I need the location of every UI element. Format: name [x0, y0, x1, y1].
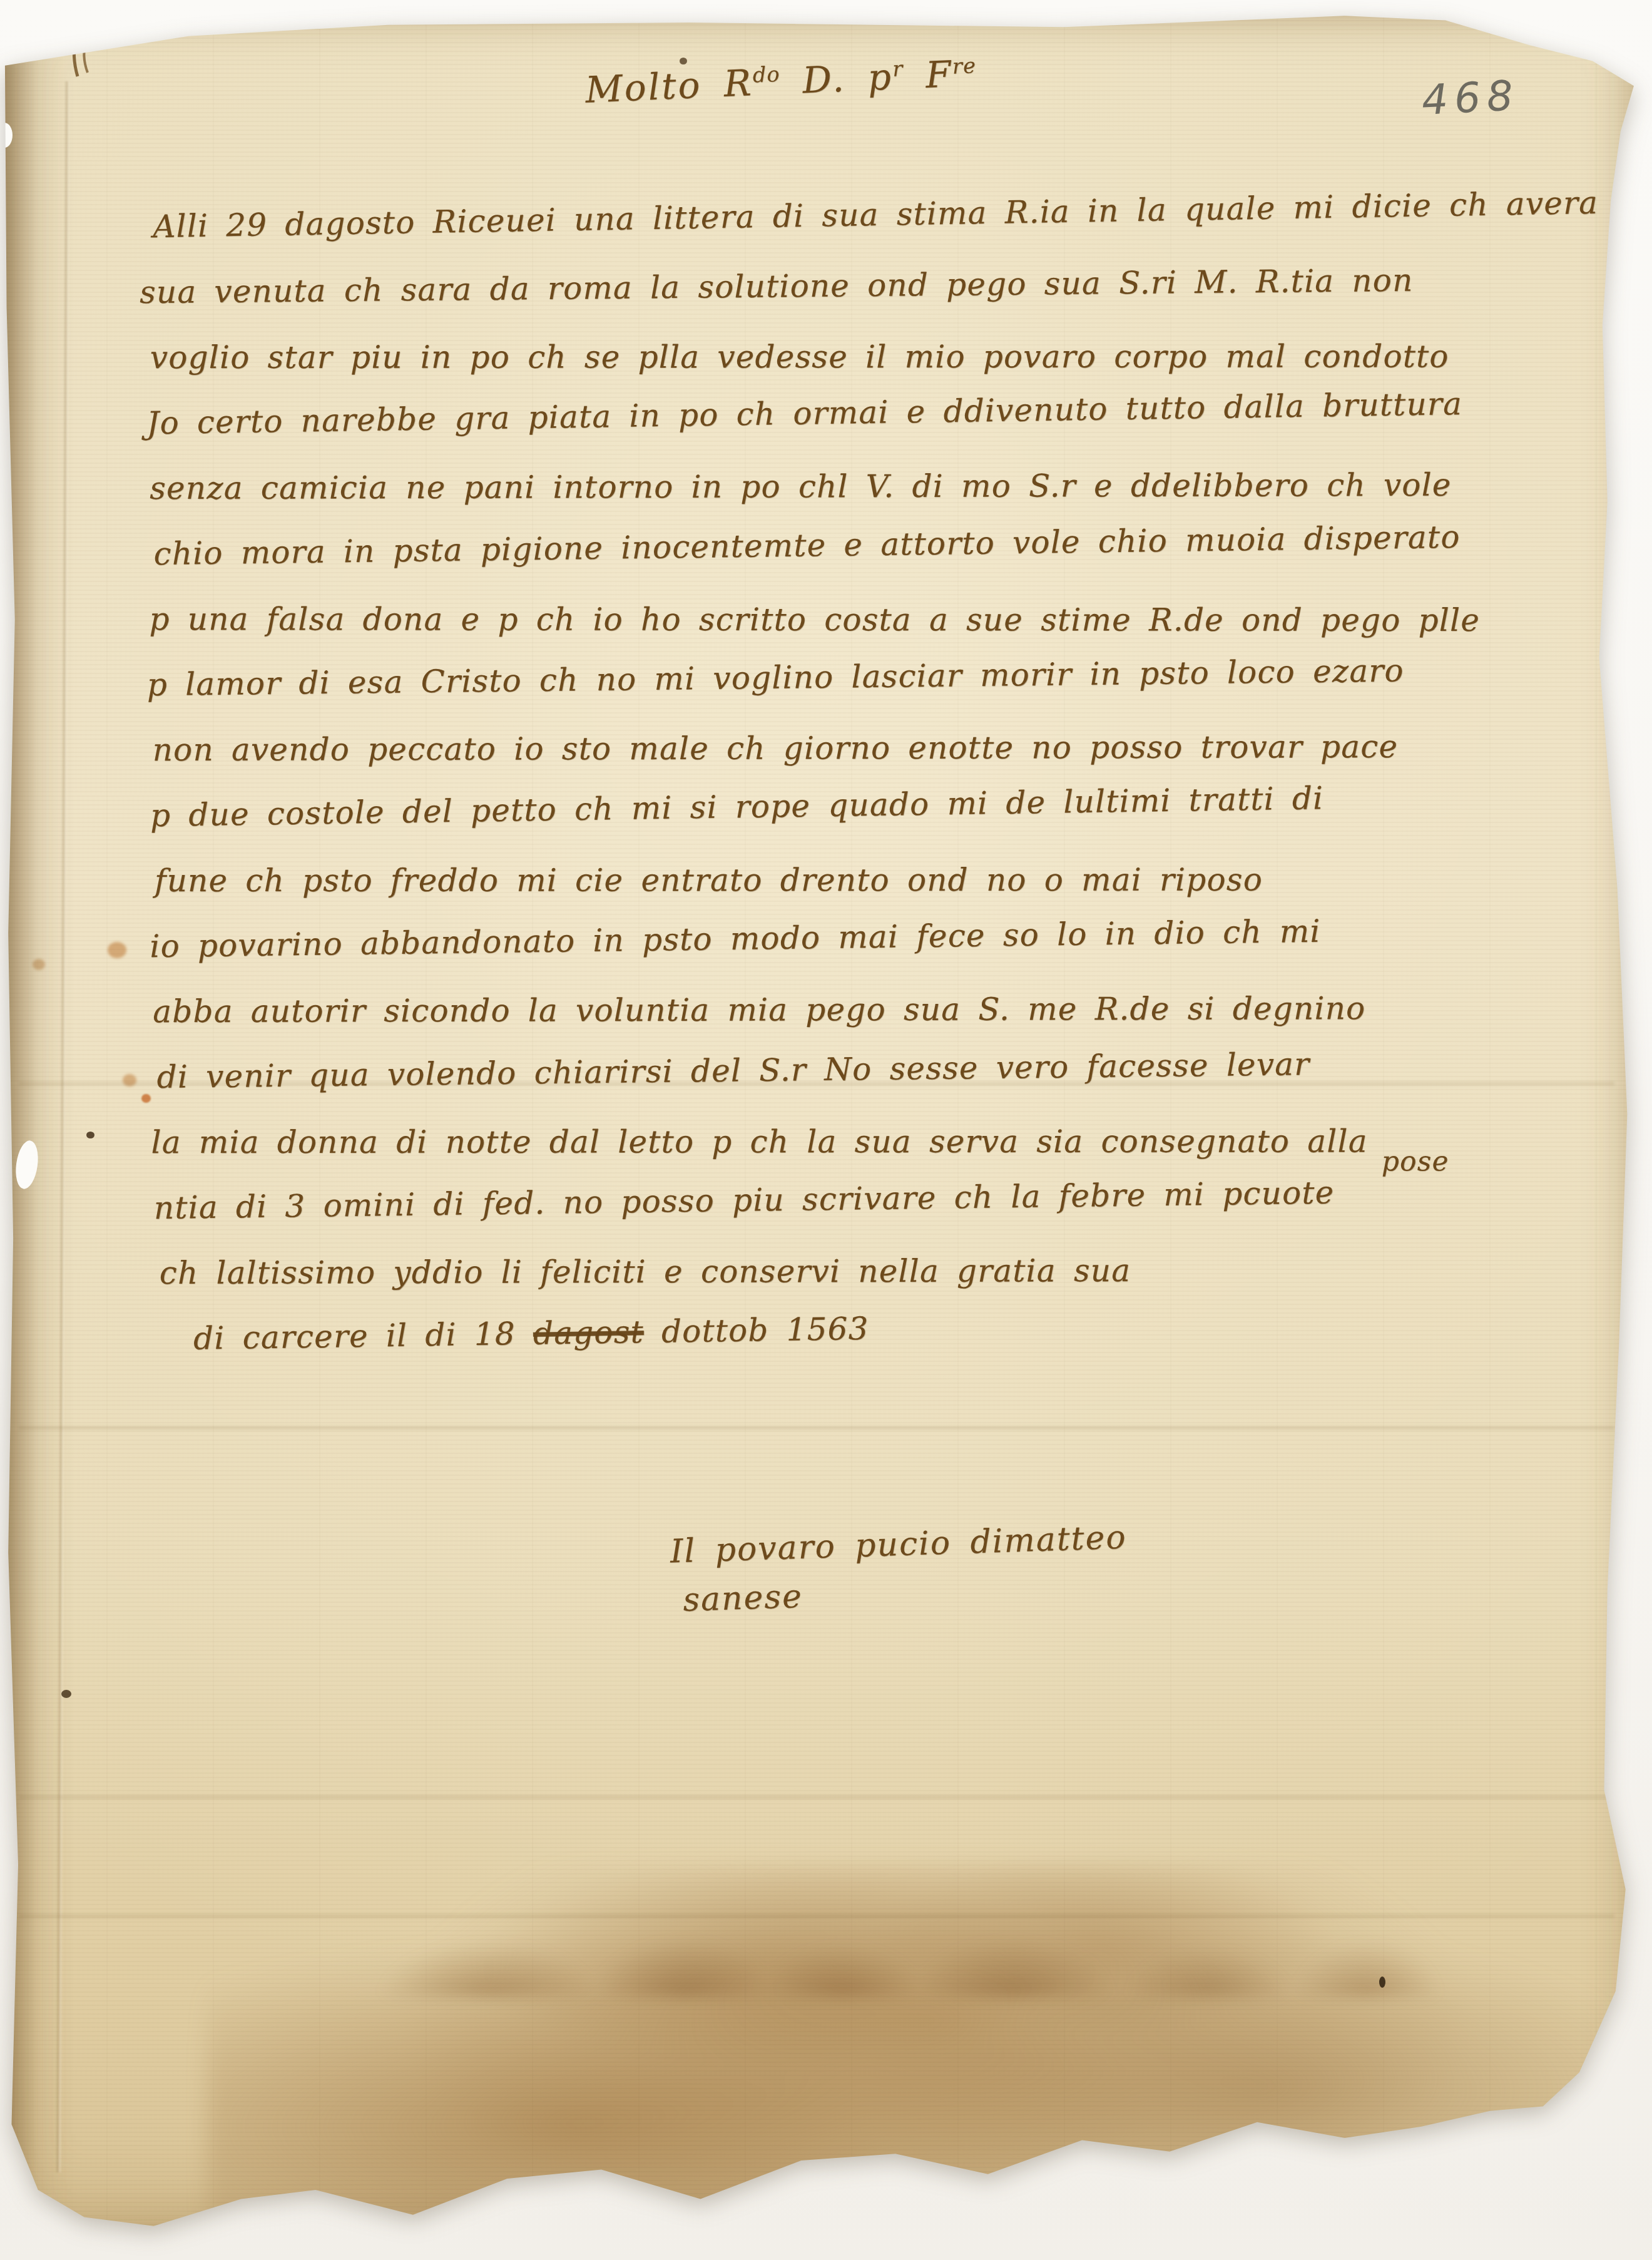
- scanned-letter-page: { "page": { "archival_number": "468", "s…: [0, 0, 1652, 2260]
- binding-edge-shadow: [0, 56, 36, 2197]
- ink-dot: [61, 1690, 71, 1698]
- letter-sheet: 468 Molto Rdo D. pr Fre Alli 29 dagosto …: [0, 0, 1652, 2260]
- horizontal-crease: [19, 1426, 1614, 1430]
- letter-line-text: la mia donna di notte dal letto p ch la …: [151, 1123, 1367, 1160]
- signature-line-1: Il povaro pucio dimatteo: [670, 1519, 1127, 1571]
- rust-spot: [108, 942, 126, 958]
- salutation-superscript: do: [752, 62, 780, 88]
- dateline-text: di carcere il di 18: [193, 1315, 534, 1356]
- ink-dot: [1379, 1976, 1385, 1988]
- signature-line-2: sanese: [682, 1568, 1128, 1619]
- salutation-superscript: re: [952, 53, 977, 79]
- stray-ink-mark: [70, 35, 99, 80]
- archival-number: 468: [1420, 71, 1521, 125]
- letter-line: Alli 29 dagosto Riceuei una littera di s…: [153, 184, 1624, 274]
- vertical-fold-crease: [56, 81, 71, 2172]
- rust-spot: [33, 959, 45, 970]
- struck-word: dagost: [533, 1314, 644, 1352]
- horizontal-crease: [19, 1795, 1614, 1799]
- dateline-date: dottob 1563: [643, 1310, 869, 1349]
- salutation-text: F: [902, 53, 954, 97]
- salutation-superscript: r: [892, 56, 904, 81]
- rust-spot: [123, 1074, 136, 1087]
- salutation-line: Molto Rdo D. pr Fre: [584, 51, 977, 111]
- water-stain-tide-line: [269, 1915, 1489, 1997]
- ink-dot: [86, 1132, 94, 1138]
- salutation-text: Molto R: [584, 61, 754, 111]
- ink-dot: [680, 58, 687, 64]
- letter-body: Alli 29 dagosto Riceuei una littera di s…: [139, 200, 1630, 1386]
- signature-block: Il povaro pucio dimatteo sanese: [670, 1519, 1129, 1620]
- letter-sheet-wrapper: 468 Molto Rdo D. pr Fre Alli 29 dagosto …: [0, 0, 1652, 2260]
- salutation-text: D. p: [780, 55, 894, 103]
- letter-line: sua venuta ch sara da roma la solutione …: [140, 260, 1624, 339]
